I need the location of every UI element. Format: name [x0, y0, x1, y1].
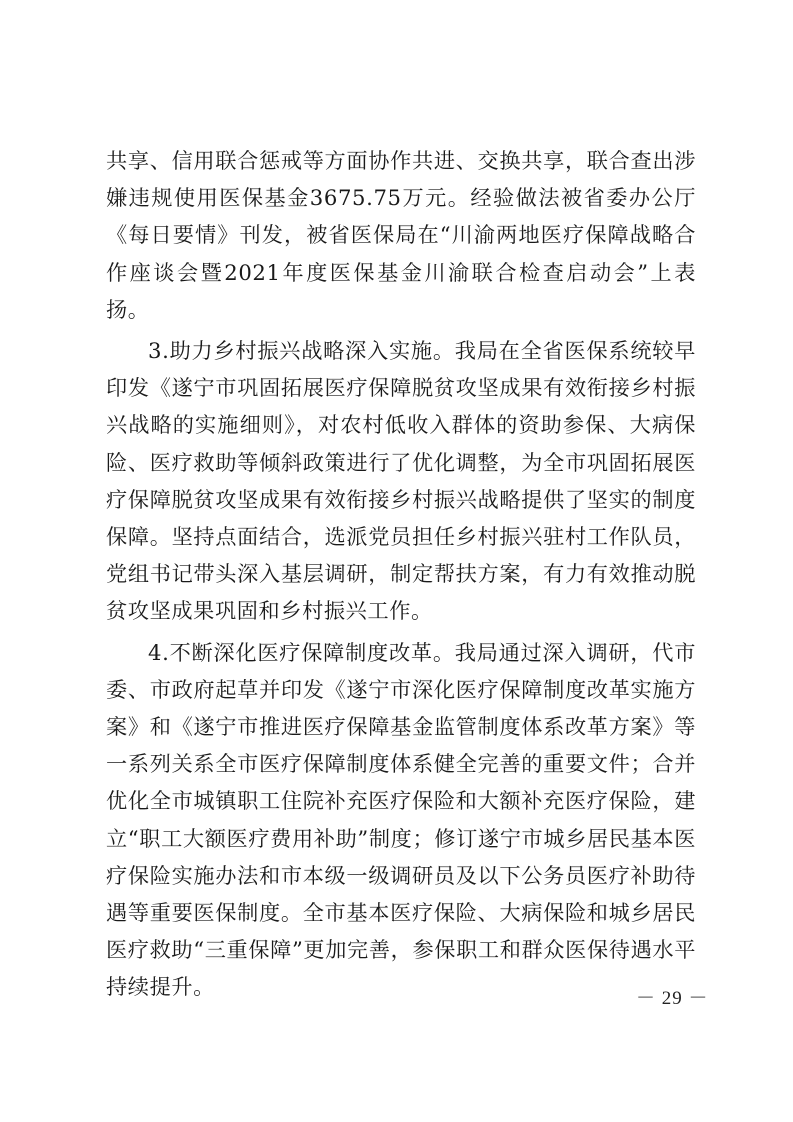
paragraph-continuation: 共享、信用联合惩戒等方面协作共进、交换共享，联合查出涉嫌违规使用医保基金3675…	[106, 142, 696, 328]
document-page: 共享、信用联合惩戒等方面协作共进、交换共享，联合查出涉嫌违规使用医保基金3675…	[0, 0, 793, 1122]
paragraph-medical-insurance-reform: 4.不断深化医疗保障制度改革。我局通过深入调研，代市委、市政府起草并印发《遂宁市…	[106, 634, 696, 1006]
page-number: － 29 －	[636, 983, 709, 1010]
document-body: 共享、信用联合惩戒等方面协作共进、交换共享，联合查出涉嫌违规使用医保基金3675…	[106, 142, 696, 1006]
paragraph-rural-revitalization: 3.助力乡村振兴战略深入实施。我局在全省医保系统较早印发《遂宁市巩固拓展医疗保障…	[106, 332, 696, 630]
